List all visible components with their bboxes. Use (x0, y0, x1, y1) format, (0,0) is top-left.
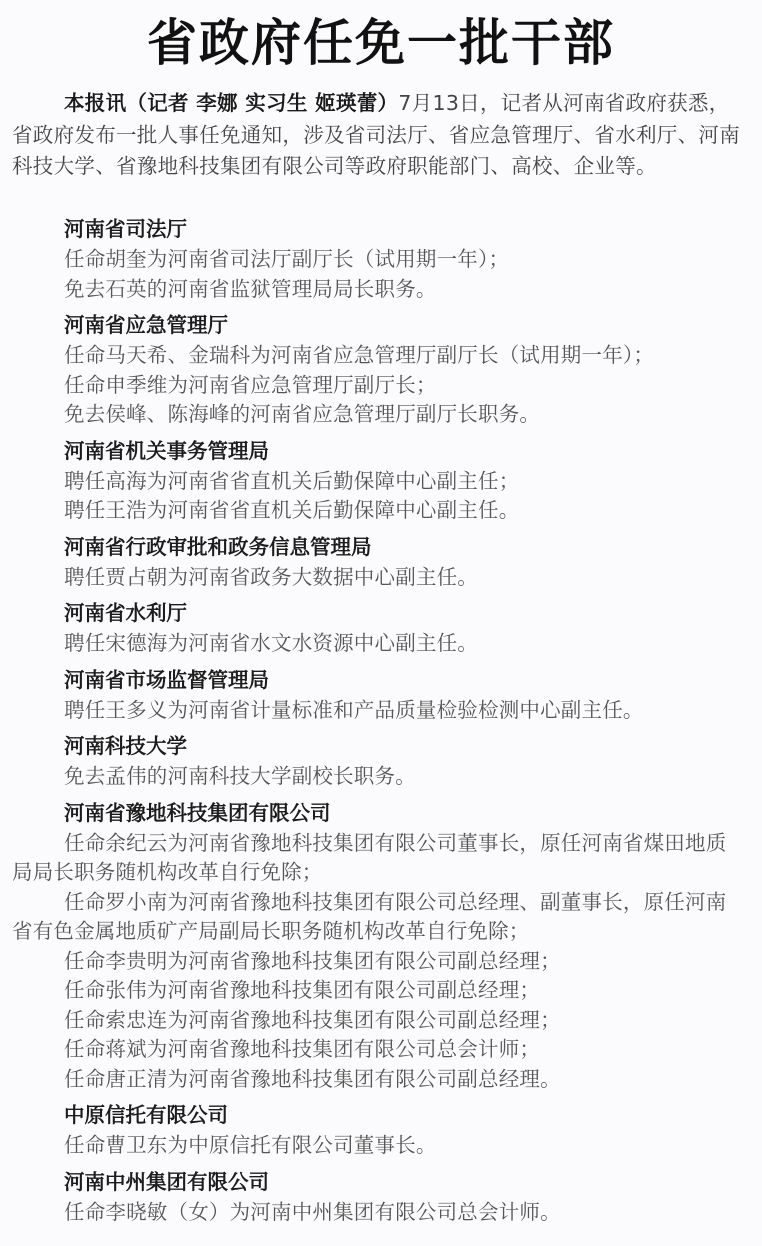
appointment-line: 免去孟伟的河南科技大学副校长职务。 (0, 762, 762, 792)
appointment-line: 任命李晓敏（女）为河南中州集团有限公司总会计师。 (0, 1198, 762, 1228)
appointment-sections: 河南省司法厅 任命胡奎为河南省司法厅副厅长（试用期一年）； 免去石英的河南省监狱… (0, 214, 762, 1233)
appointment-line: 聘任宋德海为河南省水文水资源中心副主任。 (0, 629, 762, 659)
appointment-line: 任命索忠连为河南省豫地科技集团有限公司副总经理； (0, 1006, 762, 1036)
appointment-line: 任命张伟为河南省豫地科技集团有限公司副总经理； (0, 976, 762, 1006)
section-market-supervision-bureau: 河南省市场监督管理局 聘任王多义为河南省计量标准和产品质量检验检测中心副主任。 (0, 665, 762, 726)
appointment-line: 任命余纪云为河南省豫地科技集团有限公司董事长，原任河南省煤田地质局局长职务随机构… (0, 829, 740, 888)
appointment-line: 聘任贾占朝为河南省政务大数据中心副主任。 (0, 563, 762, 593)
appointment-line: 任命蒋斌为河南省豫地科技集团有限公司总会计师； (0, 1035, 762, 1065)
lead-paragraph: 本报讯（记者 李娜 实习生 姬瑛蕾）7月13日，记者从河南省政府获悉，省政府发布… (12, 88, 740, 183)
section-admin-approval-bureau: 河南省行政审批和政务信息管理局 聘任贾占朝为河南省政务大数据中心副主任。 (0, 532, 762, 593)
section-judicial-dept: 河南省司法厅 任命胡奎为河南省司法厅副厅长（试用期一年）； 免去石英的河南省监狱… (0, 214, 762, 304)
appointment-line: 任命唐正清为河南省豫地科技集团有限公司副总经理。 (0, 1065, 762, 1095)
section-yudi-group: 河南省豫地科技集团有限公司 任命余纪云为河南省豫地科技集团有限公司董事长，原任河… (0, 798, 762, 1095)
appointment-line: 免去石英的河南省监狱管理局局长职务。 (0, 275, 762, 305)
appointment-line: 任命申季维为河南省应急管理厅副厅长； (0, 371, 762, 401)
section-title: 河南省市场监督管理局 (0, 665, 762, 696)
newspaper-article: 省政府任免一批干部 本报讯（记者 李娜 实习生 姬瑛蕾）7月13日，记者从河南省… (0, 0, 762, 1246)
section-title: 河南省豫地科技集团有限公司 (0, 798, 762, 829)
section-title: 河南中州集团有限公司 (0, 1167, 762, 1198)
section-title: 中原信托有限公司 (0, 1100, 762, 1131)
section-emergency-dept: 河南省应急管理厅 任命马天希、金瑞科为河南省应急管理厅副厅长（试用期一年）； 任… (0, 310, 762, 430)
appointment-line: 任命李贵明为河南省豫地科技集团有限公司副总经理； (0, 947, 762, 977)
appointment-line: 聘任高海为河南省省直机关后勤保障中心副主任； (0, 467, 762, 497)
section-zhongzhou-group: 河南中州集团有限公司 任命李晓敏（女）为河南中州集团有限公司总会计师。 (0, 1167, 762, 1228)
section-title: 河南省行政审批和政务信息管理局 (0, 532, 762, 563)
appointment-line: 任命罗小南为河南省豫地科技集团有限公司总经理、副董事长，原任河南省有色金属地质矿… (0, 888, 740, 947)
section-title: 河南科技大学 (0, 731, 762, 762)
appointment-line: 聘任王多义为河南省计量标准和产品质量检验检测中心副主任。 (0, 696, 762, 726)
byline: （记者 李娜 实习生 姬瑛蕾） (126, 91, 398, 115)
section-title: 河南省应急管理厅 (0, 310, 762, 341)
appointment-line: 免去侯峰、陈海峰的河南省应急管理厅副厅长职务。 (0, 400, 762, 430)
section-water-dept: 河南省水利厅 聘任宋德海为河南省水文水资源中心副主任。 (0, 598, 762, 659)
appointment-line: 任命胡奎为河南省司法厅副厅长（试用期一年）； (0, 245, 762, 275)
section-affairs-bureau: 河南省机关事务管理局 聘任高海为河南省省直机关后勤保障中心副主任； 聘任王浩为河… (0, 436, 762, 526)
appointment-line: 任命曹卫东为中原信托有限公司董事长。 (0, 1131, 762, 1161)
appointment-line: 任命马天希、金瑞科为河南省应急管理厅副厅长（试用期一年）； (0, 341, 762, 371)
section-title: 河南省司法厅 (0, 214, 762, 245)
section-title: 河南省机关事务管理局 (0, 436, 762, 467)
source-label: 本报讯 (64, 91, 126, 115)
section-zhongyuan-trust: 中原信托有限公司 任命曹卫东为中原信托有限公司董事长。 (0, 1100, 762, 1161)
section-title: 河南省水利厅 (0, 598, 762, 629)
section-henan-univ-sci-tech: 河南科技大学 免去孟伟的河南科技大学副校长职务。 (0, 731, 762, 792)
appointment-line: 聘任王浩为河南省省直机关后勤保障中心副主任。 (0, 496, 762, 526)
article-title: 省政府任免一批干部 (0, 12, 762, 74)
